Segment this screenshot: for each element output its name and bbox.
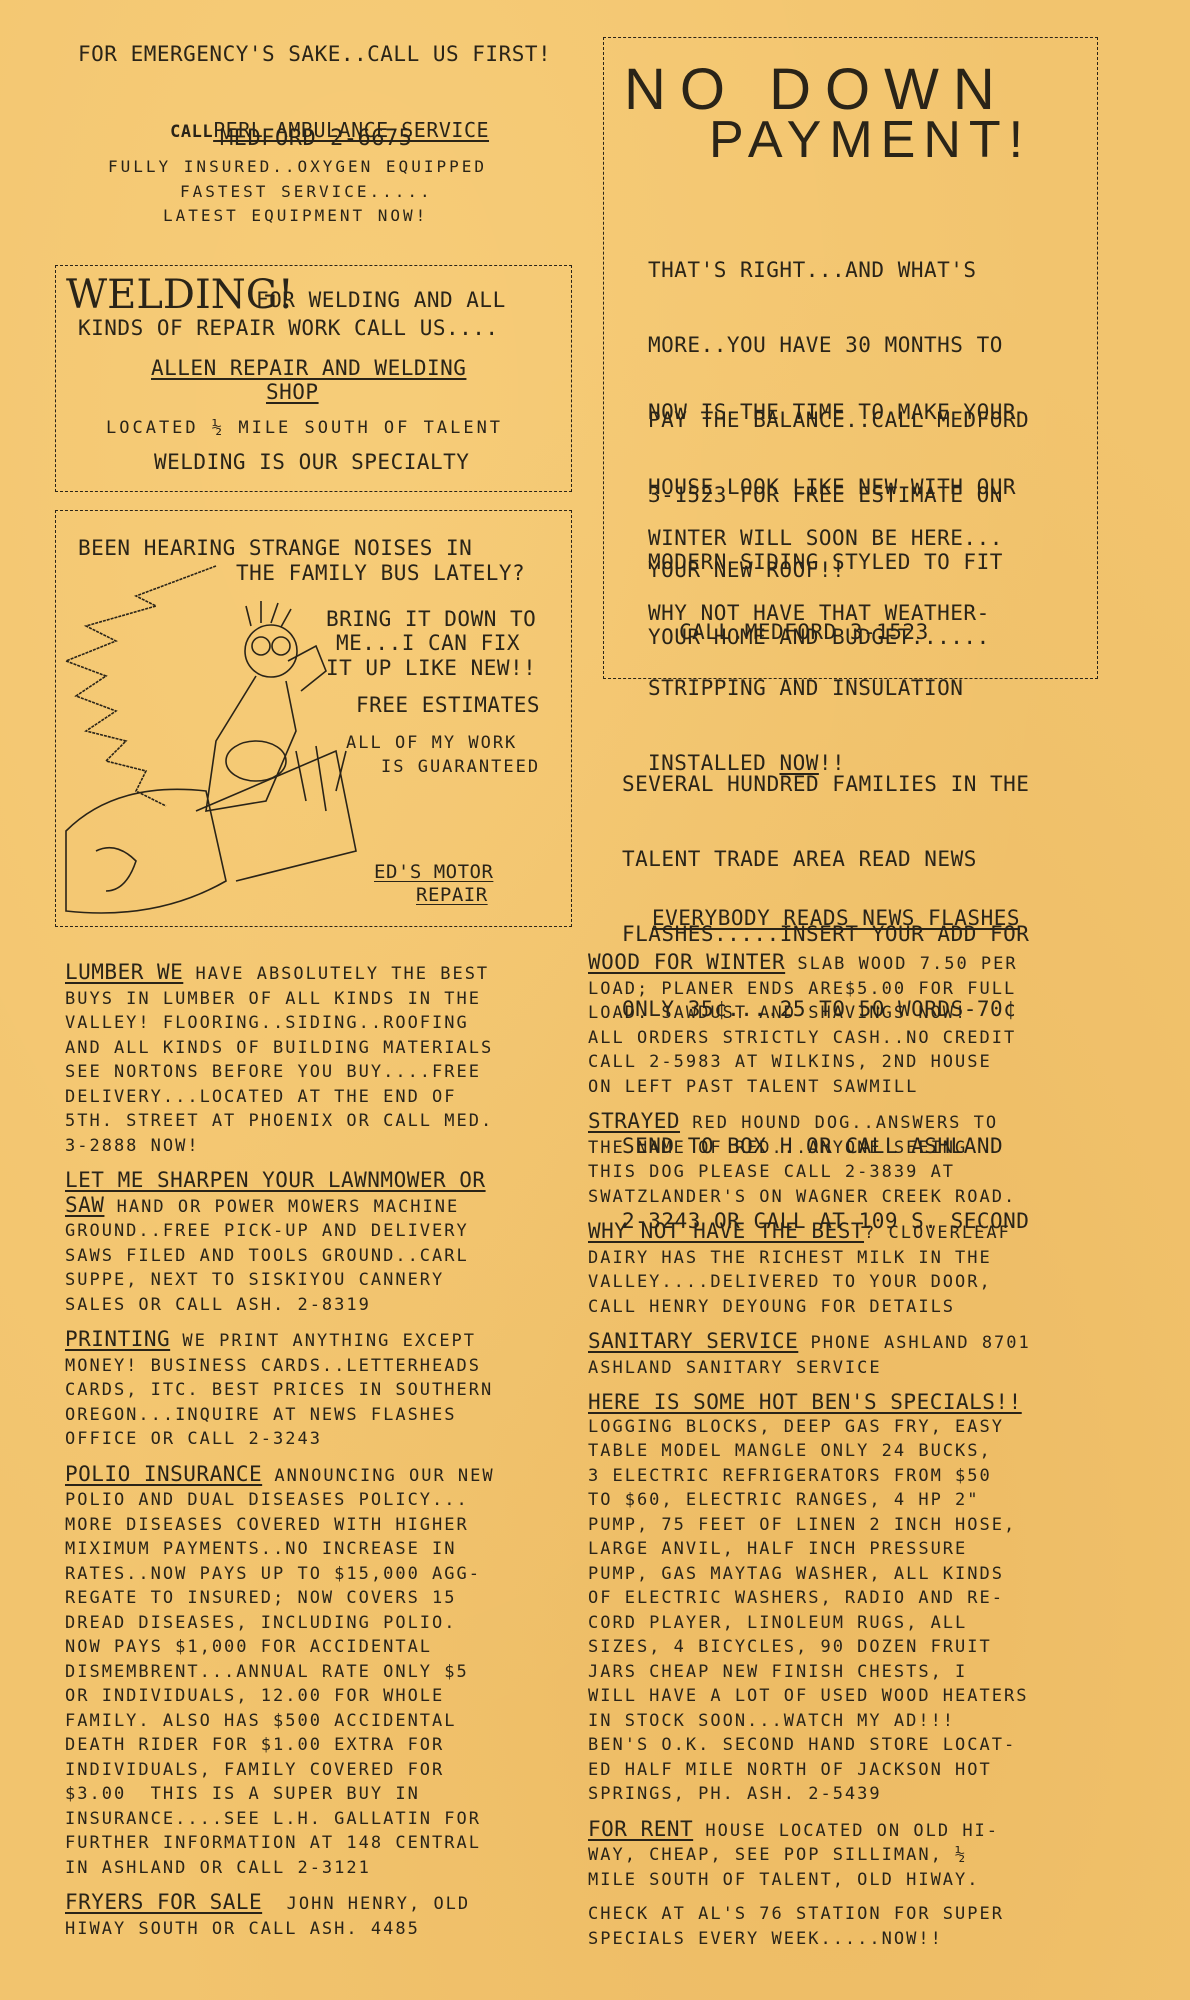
classified-text: WILL HAVE A LOT OF USED WOOD HEATERS bbox=[588, 1684, 1118, 1709]
classified-text: PUMP, 75 FEET OF LINEN 2 INCH HOSE, bbox=[588, 1513, 1118, 1538]
classified-text: $3.00 THIS IS A SUPER BUY IN bbox=[65, 1782, 575, 1807]
classified-text: ANNOUNCING OUR NEW bbox=[262, 1466, 494, 1486]
classified-text: OREGON...INQUIRE AT NEWS FLASHES bbox=[65, 1403, 575, 1428]
classified-text: BEN'S O.K. SECOND HAND STORE LOCAT- bbox=[588, 1733, 1118, 1758]
classified-ad: FRYERS FOR SALE JOHN HENRY, OLDHIWAY SOU… bbox=[65, 1890, 575, 1941]
ambulance-line2: FASTEST SERVICE..... bbox=[180, 182, 433, 201]
classified-text: VALLEY! FLOORING..SIDING..ROOFING bbox=[65, 1011, 575, 1036]
motor-shop-name: ED'S MOTOR bbox=[374, 861, 493, 883]
classified-text: ? CLOVERLEAF bbox=[864, 1223, 1011, 1243]
classified-text: SLAB WOOD 7.50 PER bbox=[785, 954, 1017, 974]
call-prefix: CALL bbox=[170, 122, 213, 142]
classified-text: IN ASHLAND OR CALL 2-3121 bbox=[65, 1856, 575, 1881]
classified-text: HOUSE LOCATED ON OLD HI- bbox=[693, 1821, 999, 1841]
classified-ad: POLIO INSURANCE ANNOUNCING OUR NEWPOLIO … bbox=[65, 1462, 575, 1881]
classified-text: CHECK AT AL'S 76 STATION FOR SUPER bbox=[588, 1902, 1118, 1927]
classified-heading: FRYERS FOR SALE bbox=[65, 1890, 262, 1914]
welding-intro1: FOR WELDING AND ALL bbox=[256, 288, 506, 312]
classified-text: INDIVIDUALS, FAMILY COVERED FOR bbox=[65, 1758, 575, 1783]
newsflashes-line: TALENT TRADE AREA READ NEWS bbox=[622, 847, 1029, 872]
classified-text: SWATZLANDER'S ON WAGNER CREEK ROAD. bbox=[588, 1185, 1118, 1210]
classified-ad: WOOD FOR WINTER SLAB WOOD 7.50 PERLOAD; … bbox=[588, 950, 1118, 1099]
classified-heading: FOR RENT bbox=[588, 1817, 693, 1841]
cartoon-illustration bbox=[56, 551, 386, 921]
classified-ad: CHECK AT AL'S 76 STATION FOR SUPERSPECIA… bbox=[588, 1902, 1118, 1951]
classified-text: MONEY! BUSINESS CARDS..LETTERHEADS bbox=[65, 1354, 575, 1379]
classified-text: 3 ELECTRIC REFRIGERATORS FROM $50 bbox=[588, 1464, 1118, 1489]
classified-text: VALLEY....DELIVERED TO YOUR DOOR, bbox=[588, 1270, 1118, 1295]
classified-text: SALES OR CALL ASH. 2-8319 bbox=[65, 1293, 575, 1318]
classified-text: ON LEFT PAST TALENT SAWMILL bbox=[588, 1075, 1118, 1100]
classified-ad: FOR RENT HOUSE LOCATED ON OLD HI-WAY, CH… bbox=[588, 1817, 1118, 1893]
classified-text: THE NAME OF RED...ANYONE SEEING bbox=[588, 1136, 1118, 1161]
classified-text: AND ALL KINDS OF BUILDING MATERIALS bbox=[65, 1036, 575, 1061]
classified-text: ASHLAND SANITARY SERVICE bbox=[588, 1356, 1118, 1381]
classified-ad: HERE IS SOME HOT BEN'S SPECIALS!!LOGGING… bbox=[588, 1390, 1118, 1807]
classified-text: CARDS, ITC. BEST PRICES IN SOUTHERN bbox=[65, 1378, 575, 1403]
welding-tagline: WELDING IS OUR SPECIALTY bbox=[154, 450, 469, 474]
classified-heading: POLIO INSURANCE bbox=[65, 1462, 262, 1486]
newsflashes-slogan: EVERYBODY READS NEWS FLASHES bbox=[652, 906, 1020, 930]
roofing-ad: NO DOWN PAYMENT! THAT'S RIGHT...AND WHAT… bbox=[603, 37, 1098, 679]
classified-ad: LUMBER WE HAVE ABSOLUTELY THE BESTBUYS I… bbox=[65, 960, 575, 1158]
classified-text: HAVE ABSOLUTELY THE BEST bbox=[183, 964, 489, 984]
motor-shop-name2: REPAIR bbox=[416, 884, 488, 906]
classified-text: THIS DOG PLEASE CALL 2-3839 AT bbox=[588, 1160, 1118, 1185]
roofing-line: THAT'S RIGHT...AND WHAT'S bbox=[648, 258, 1029, 283]
roofing-line: NOW IS THE TIME TO MAKE YOUR bbox=[648, 400, 1016, 425]
classified-text: 5TH. STREET AT PHOENIX OR CALL MED. bbox=[65, 1109, 575, 1134]
classified-ad: STRAYED RED HOUND DOG..ANSWERS TOTHE NAM… bbox=[588, 1109, 1118, 1209]
classified-heading: STRAYED bbox=[588, 1109, 680, 1133]
classified-text: 3-2888 NOW! bbox=[65, 1134, 575, 1159]
classified-heading: WOOD FOR WINTER bbox=[588, 950, 785, 974]
classified-ad: LET ME SHARPEN YOUR LAWNMOWER ORSAW HAND… bbox=[65, 1168, 575, 1317]
classified-text: PHONE ASHLAND 8701 bbox=[798, 1333, 1030, 1353]
classified-text: SPECIALS EVERY WEEK.....NOW!! bbox=[588, 1927, 1118, 1952]
classified-text: NOW PAYS $1,000 FOR ACCIDENTAL bbox=[65, 1635, 575, 1660]
classified-text: MORE DISEASES COVERED WITH HIGHER bbox=[65, 1513, 575, 1538]
roofing-call: CALL.MEDFORD 3-1523 bbox=[679, 620, 929, 644]
classified-text: HAND OR POWER MOWERS MACHINE bbox=[104, 1197, 459, 1217]
classified-text: JARS CHEAP NEW FINISH CHESTS, I bbox=[588, 1660, 1118, 1685]
classified-heading: WHY NOT HAVE THE BEST bbox=[588, 1219, 864, 1243]
roofing-headline2: PAYMENT! bbox=[709, 110, 1031, 170]
classified-text: RED HOUND DOG..ANSWERS TO bbox=[680, 1113, 998, 1133]
classified-text: INSURANCE....SEE L.H. GALLATIN FOR bbox=[65, 1807, 575, 1832]
classified-text: OFFICE OR CALL 2-3243 bbox=[65, 1427, 575, 1452]
classified-text: PUMP, GAS MAYTAG WASHER, ALL KINDS bbox=[588, 1562, 1118, 1587]
classified-text: REGATE TO INSURED; NOW COVERS 15 bbox=[65, 1586, 575, 1611]
classified-text: DELIVERY...LOCATED AT THE END OF bbox=[65, 1085, 575, 1110]
classified-ad: SANITARY SERVICE PHONE ASHLAND 8701ASHLA… bbox=[588, 1329, 1118, 1380]
classified-text: RATES..NOW PAYS UP TO $15,000 AGG- bbox=[65, 1562, 575, 1587]
classified-ad: PRINTING WE PRINT ANYTHING EXCEPTMONEY! … bbox=[65, 1327, 575, 1452]
classified-text: WE PRINT ANYTHING EXCEPT bbox=[170, 1331, 476, 1351]
newsflashes-line: SEVERAL HUNDRED FAMILIES IN THE bbox=[622, 772, 1029, 797]
ambulance-line1: FULLY INSURED..OXYGEN EQUIPPED bbox=[108, 157, 487, 176]
classified-text: MILE SOUTH OF TALENT, OLD HIWAY. bbox=[588, 1868, 1118, 1893]
classified-text: IN STOCK SOON...WATCH MY AD!!! bbox=[588, 1709, 1118, 1734]
welding-shop-name2: SHOP bbox=[266, 380, 319, 404]
welding-shop-name: ALLEN REPAIR AND WELDING bbox=[151, 356, 466, 380]
classified-text: FURTHER INFORMATION AT 148 CENTRAL bbox=[65, 1831, 575, 1856]
classified-text: FAMILY. ALSO HAS $500 ACCIDENTAL bbox=[65, 1709, 575, 1734]
classified-text: DAIRY HAS THE RICHEST MILK IN THE bbox=[588, 1246, 1118, 1271]
ambulance-headline: FOR EMERGENCY'S SAKE..CALL US FIRST! bbox=[78, 42, 551, 66]
roofing-line: WINTER WILL SOON BE HERE... bbox=[648, 526, 1003, 551]
classified-text: DEATH RIDER FOR $1.00 EXTRA FOR bbox=[65, 1733, 575, 1758]
classified-text: CALL HENRY DEYOUNG FOR DETAILS bbox=[588, 1295, 1118, 1320]
classified-text: WAY, CHEAP, SEE POP SILLIMAN, ½ bbox=[588, 1843, 1118, 1868]
classified-text: BUYS IN LUMBER OF ALL KINDS IN THE bbox=[65, 987, 575, 1012]
ambulance-line3: LATEST EQUIPMENT NOW! bbox=[163, 206, 428, 225]
classified-text: SAWS FILED AND TOOLS GROUND..CARL bbox=[65, 1244, 575, 1269]
classified-text: GROUND..FREE PICK-UP AND DELIVERY bbox=[65, 1219, 575, 1244]
classified-text: CALL 2-5983 AT WILKINS, 2ND HOUSE bbox=[588, 1050, 1118, 1075]
classified-text: ED HALF MILE NORTH OF JACKSON HOT bbox=[588, 1758, 1118, 1783]
classified-heading: SAW bbox=[65, 1193, 104, 1217]
classified-text: LOAD. SAWDUST AND SHAVINGS NOW! bbox=[588, 1001, 1118, 1026]
classified-text: SUPPE, NEXT TO SISKIYOU CANNERY bbox=[65, 1268, 575, 1293]
classified-text: LOGGING BLOCKS, DEEP GAS FRY, EASY bbox=[588, 1415, 1118, 1440]
classified-text: HIWAY SOUTH OR CALL ASH. 4485 bbox=[65, 1917, 575, 1942]
motor-repair-ad: BEEN HEARING STRANGE NOISES IN THE FAMIL… bbox=[55, 510, 572, 927]
classified-text: POLIO AND DUAL DISEASES POLICY... bbox=[65, 1488, 575, 1513]
classified-text: OR INDIVIDUALS, 12.00 FOR WHOLE bbox=[65, 1684, 575, 1709]
classified-text: OF ELECTRIC WASHERS, RADIO AND RE- bbox=[588, 1586, 1118, 1611]
classified-text: TABLE MODEL MANGLE ONLY 24 BUCKS, bbox=[588, 1439, 1118, 1464]
classified-text: SEE NORTONS BEFORE YOU BUY....FREE bbox=[65, 1060, 575, 1085]
classified-ad: WHY NOT HAVE THE BEST? CLOVERLEAFDAIRY H… bbox=[588, 1219, 1118, 1319]
ambulance-phone: MEDFORD 2-6675 bbox=[220, 126, 412, 151]
classified-text: LOAD; PLANER ENDS ARE$5.00 FOR FULL bbox=[588, 977, 1118, 1002]
welding-ad: WELDING! FOR WELDING AND ALL KINDS OF RE… bbox=[55, 265, 572, 492]
classified-text: CORD PLAYER, LINOLEUM RUGS, ALL bbox=[588, 1611, 1118, 1636]
classified-text: DISMEMBRENT...ANNUAL RATE ONLY $5 bbox=[65, 1660, 575, 1685]
classifieds-left: LUMBER WE HAVE ABSOLUTELY THE BESTBUYS I… bbox=[65, 960, 575, 1951]
classified-heading: HERE IS SOME HOT BEN'S SPECIALS!! bbox=[588, 1390, 1118, 1415]
motor-guarantee2: IS GUARANTEED bbox=[381, 757, 540, 777]
classified-text: TO $60, ELECTRIC RANGES, 4 HP 2" bbox=[588, 1488, 1118, 1513]
classified-text: DREAD DISEASES, INCLUDING POLIO. bbox=[65, 1611, 575, 1636]
classified-text: LARGE ANVIL, HALF INCH PRESSURE bbox=[588, 1537, 1118, 1562]
classifieds-right: WOOD FOR WINTER SLAB WOOD 7.50 PERLOAD; … bbox=[588, 950, 1118, 1961]
classified-text: ALL ORDERS STRICTLY CASH..NO CREDIT bbox=[588, 1026, 1118, 1051]
welding-location: LOCATED ½ MILE SOUTH OF TALENT bbox=[106, 418, 503, 438]
classified-heading: SANITARY SERVICE bbox=[588, 1329, 798, 1353]
classified-text: JOHN HENRY, OLD bbox=[262, 1894, 470, 1914]
classified-heading: LET ME SHARPEN YOUR LAWNMOWER OR bbox=[65, 1168, 575, 1193]
welding-intro2: KINDS OF REPAIR WORK CALL US.... bbox=[78, 316, 499, 340]
classified-text: SPRINGS, PH. ASH. 2-5439 bbox=[588, 1782, 1118, 1807]
classified-text: MIXIMUM PAYMENTS..NO INCREASE IN bbox=[65, 1537, 575, 1562]
classified-heading: LUMBER WE bbox=[65, 960, 183, 984]
roofing-line: STRIPPING AND INSULATION bbox=[648, 676, 1003, 701]
classified-heading: PRINTING bbox=[65, 1327, 170, 1351]
classified-text: SIZES, 4 BICYCLES, 90 DOZEN FRUIT bbox=[588, 1635, 1118, 1660]
